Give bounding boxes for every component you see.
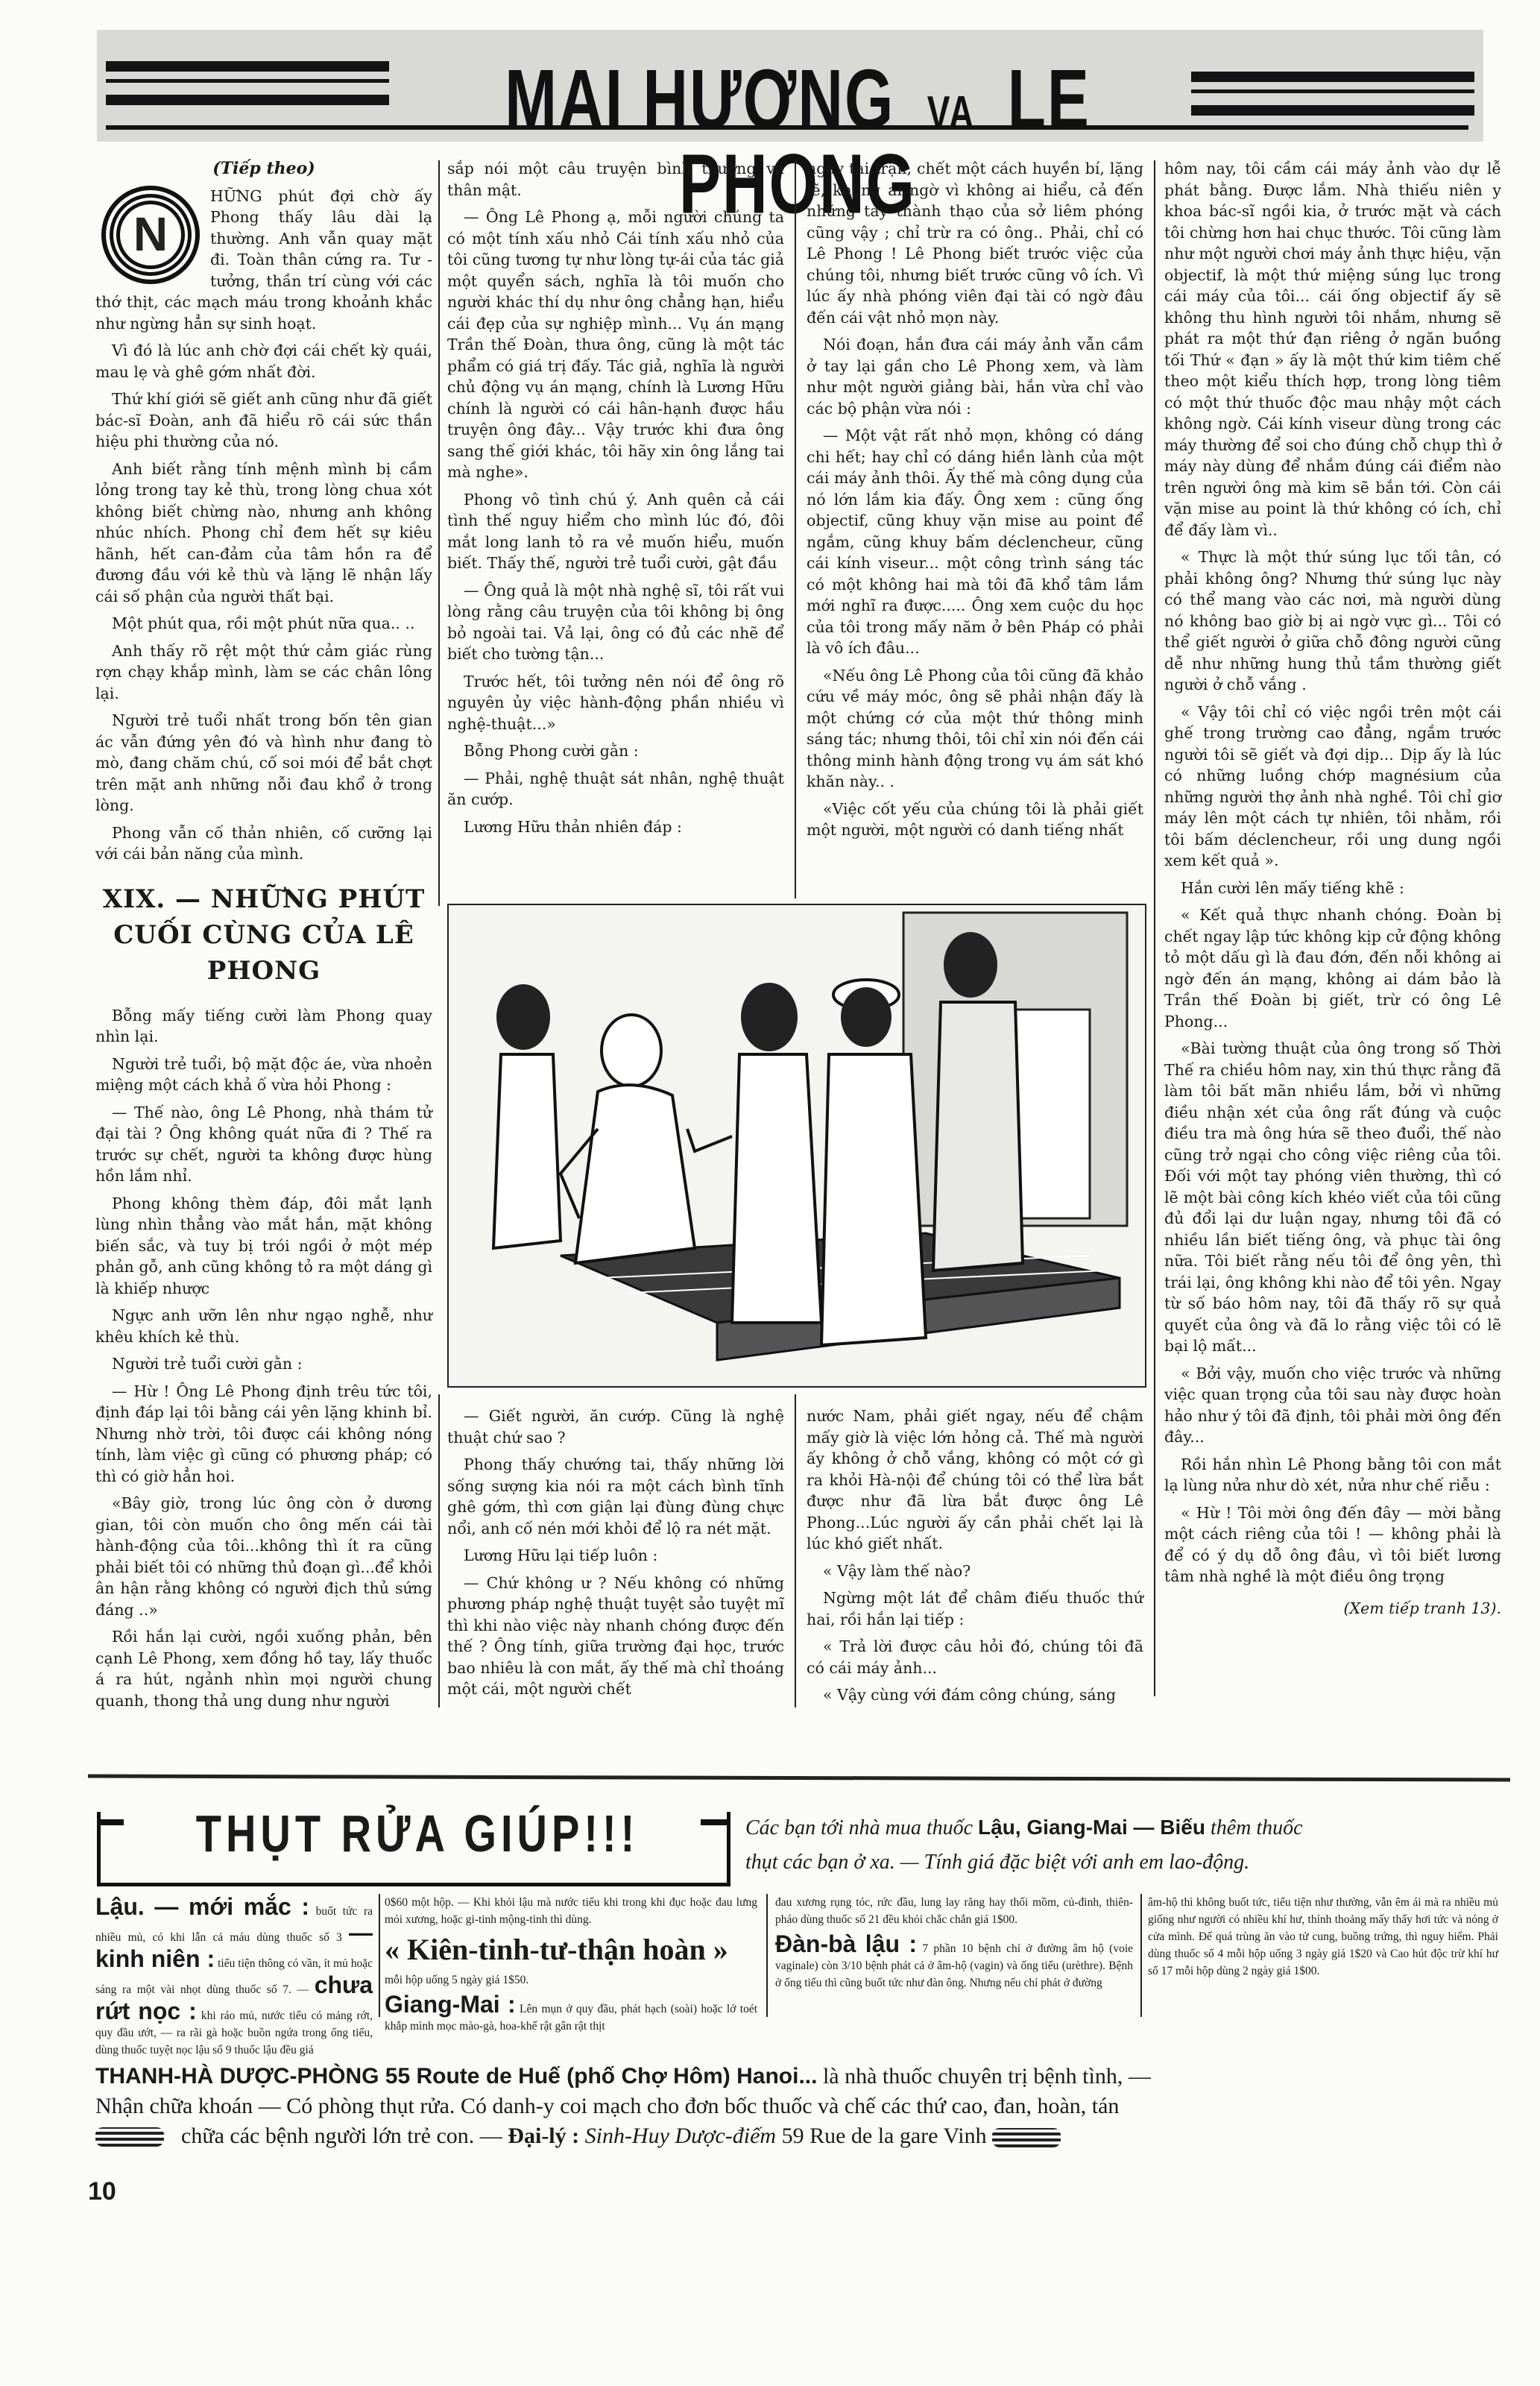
ad-heading-lau: Lậu. — mới mắc : [95,1893,309,1920]
paragraph: — Hừ ! Ông Lê Phong định trêu tức tôi, đ… [95,1381,432,1488]
pharmacy-name-address: THANH-HÀ DƯỢC-PHÒNG 55 Route de Huế (phố… [95,2064,817,2088]
paragraph: Ngực anh ưỡn lên như ngạo nghễ, như khêu… [95,1305,432,1347]
paragraph: Thứ khí giới sẽ giết anh cũng như đã giế… [95,388,432,453]
ad-text: âm-hộ thì không buốt tức, tiểu tiện như … [1148,1894,1498,1980]
paragraph: «Bây giờ, trong lúc ông còn ở dương gian… [95,1493,432,1620]
paragraph: — Phải, nghệ thuật sát nhân, nghệ thuật … [447,768,784,810]
paragraph: «Nếu ông Lê Phong của tôi cũng đã khảo c… [807,665,1143,793]
paragraph: — Ông quả là một nhà nghệ sĩ, tôi rất vu… [447,580,784,665]
agent-label: Đại-lý : [508,2124,579,2148]
chapter-heading: XIX. — NHỮNG PHÚT CUỐI CÙNG CỦA LÊ PHONG [95,881,432,989]
paragraph: Anh thấy rõ rệt một thứ cảm giác rùng rợ… [95,640,432,705]
story-illustration [447,904,1146,1388]
masthead-bars-left [106,61,389,113]
ad-column-divider [1140,1894,1142,2017]
ad-headline: THỤT RỬA GIÚP!!! [127,1807,708,1860]
column-divider [1154,160,1155,1696]
tagline-bold: Lậu, Giang-Mai — Biếu [978,1816,1205,1839]
ad-text: là nhà thuốc chuyên trị bệnh tình, — [817,2064,1150,2088]
article-column-2-lower: — Giết người, ăn cướp. Cũng là nghệ thuậ… [447,1406,784,1706]
section-divider [88,1775,1510,1782]
paragraph: Lương Hữu lại tiếp luôn : [447,1545,784,1567]
paragraph: « Trả lời được câu hỏi đó, chúng tôi đã … [807,1636,1143,1678]
ad-footer: THANH-HÀ DƯỢC-PHÒNG 55 Route de Huế (phố… [95,2062,1497,2151]
ad-tagline-line2: thụt các bạn ở xa. — Tính giá đặc biệt v… [745,1845,1491,1880]
paragraph: — Ông Lê Phong ạ, mỗi người chúng ta có … [447,207,784,483]
article-column-2: sắp nói một câu truyện bình thường và th… [447,158,784,843]
wave-ornament-icon [992,2128,1061,2147]
chapter-heading-line2: CUỐI CÙNG CỦA LÊ PHONG [95,917,432,989]
agent-address: 59 Rue de la gare Vinh [776,2124,987,2148]
ad-text: chữa các bệnh người lớn trẻ con. — [181,2124,508,2148]
paragraph: Bỗng mấy tiếng cười làm Phong quay nhìn … [95,1005,432,1048]
paragraph: ngay tại trận, chết một cách huyền bí, l… [807,158,1143,328]
paragraph: « Vậy tôi chỉ có việc ngồi trên một cái … [1164,702,1501,872]
column-divider [795,1394,796,1707]
paragraph: Rồi hắn nhìn Lê Phong bằng tôi con mắt l… [1164,1454,1501,1496]
ad-tagline-line1: Các bạn tới nhà mua thuốc Lậu, Giang-Mai… [745,1810,1491,1845]
paragraph: Nói đoạn, hắn đưa cái máy ảnh vẫn cầm ở … [807,334,1143,419]
article-column-3: ngay tại trận, chết một cách huyền bí, l… [807,158,1143,847]
chapter-heading-line1: XIX. — NHỮNG PHÚT [95,881,432,917]
paragraph: Người trẻ tuổi cười gằn : [95,1353,432,1375]
paragraph: « Vậy làm thế nào? [807,1561,1143,1582]
paragraph: — Giết người, ăn cướp. Cũng là nghệ thuậ… [447,1406,784,1448]
paragraph: — Thế nào, ông Lê Phong, nhà thám tử đại… [95,1102,432,1187]
tagline-text: thêm thuốc [1205,1816,1303,1839]
ad-product-name: « Kiên-tinh-tư-thận hoàn » [385,1933,757,1967]
paragraph: hôm nay, tôi cầm cái máy ảnh vào dự lễ p… [1164,158,1501,541]
ad-footer-line3: chữa các bệnh người lớn trẻ con. — Đại-l… [95,2121,1497,2151]
article-column-4: hôm nay, tôi cầm cái máy ảnh vào dự lễ p… [1164,158,1501,1625]
paragraph: « Hừ ! Tôi mời ông đến đây — mời bằng mộ… [1164,1502,1501,1587]
paragraph: Vì đó là lúc anh chờ đợi cái chết kỳ quá… [95,340,432,383]
paragraph: Bỗng Phong cười gằn : [447,740,784,762]
wave-ornament-icon [95,2127,164,2147]
paragraph: Phong vẫn cố thản nhiên, cố cưỡng lại vớ… [95,822,432,865]
paragraph: Hắn cười lên mấy tiếng khẽ : [1164,878,1501,899]
paragraph: Người trẻ tuổi, bộ mặt độc áe, vừa nhoẻn… [95,1054,432,1096]
ad-price: mỗi hộp uống 5 ngày giá 1$50. [385,1971,757,1989]
paragraph: Phong thấy chướng tai, thấy những lời số… [447,1454,784,1539]
agent-name: Sinh-Huy Dược-điếm [579,2124,776,2148]
paragraph: — Một vật rất nhỏ mọn, không có dáng chi… [807,425,1143,659]
ad-column-2: 0$60 một hộp. — Khi khỏi lậu mà nước tiể… [385,1894,757,2038]
ad-column-4: âm-hộ thì không buốt tức, tiểu tiện như … [1148,1894,1498,1983]
continued-label: (Tiếp theo) [95,158,432,180]
ad-footer-line1: THANH-HÀ DƯỢC-PHÒNG 55 Route de Huế (phố… [95,2062,1497,2091]
paragraph: — Chứ không ư ? Nếu không có những phươn… [447,1573,784,1700]
newspaper-page: MAI HƯƠNG VA LE PHONG (Tiếp theo) N HỮNG… [0,0,1540,2386]
continued-on-page-note: (Xem tiếp tranh 13). [1164,1598,1501,1619]
paragraph: « Vậy cùng với đám công chúng, sáng [807,1684,1143,1706]
paragraph: « Thực là một thứ súng lục tối tân, có p… [1164,547,1501,696]
ad-heading-giang-mai: Giang-Mai : [385,1991,516,2018]
paragraph: « Bởi vậy, muốn cho việc trước và những … [1164,1363,1501,1448]
ad-column-divider [379,1894,380,2017]
column-divider [795,160,796,898]
ad-footer-line2: Nhận chữa khoán — Có phòng thụt rửa. Có … [95,2091,1497,2121]
paragraph: sắp nói một câu truyện bình thường và th… [447,158,784,201]
ad-heading-dan-ba-lau: Đàn-bà lậu : [775,1930,917,1957]
illustration-drawing [449,905,1145,1386]
paragraph: «Việc cốt yếu của chúng tôi là phải giết… [807,799,1143,841]
ad-text: 0$60 một hộp. — Khi khỏi lậu mà nước tiể… [385,1894,757,1928]
ad-column-3: đau xương rụng tóc, rức đầu, lung lay ră… [775,1894,1133,1995]
paragraph: Một phút qua, rồi một phút nữa qua.. .. [95,613,432,635]
article-column-1: (Tiếp theo) N HỮNG phút đợi chờ ấy Phong… [95,158,432,1717]
masthead: MAI HƯƠNG VA LE PHONG [97,30,1483,142]
ad-column-divider [766,1894,768,2017]
title-part1: MAI HƯƠNG [505,51,894,146]
paragraph: Phong không thèm đáp, đôi mắt lạnh lùng … [95,1193,432,1300]
ad-text: đau xương rụng tóc, rức đầu, lung lay ră… [775,1894,1133,1928]
masthead-rule [106,125,1468,130]
ad-column-1: Lậu. — mới mắc : buốt tức ra nhiều mủ, c… [95,1894,373,2062]
paragraph: Phong vô tình chú ý. Anh quên cả cái tìn… [447,489,784,574]
paragraph: Rồi hắn lại cười, ngồi xuống phản, bên c… [95,1626,432,1711]
ad-tagline: Các bạn tới nhà mua thuốc Lậu, Giang-Mai… [745,1810,1491,1880]
paragraph: Người trẻ tuổi nhất trong bốn tên gian á… [95,710,432,816]
column-divider [438,1394,440,1707]
paragraph: nước Nam, phải giết ngay, nếu để chậm mấ… [807,1406,1143,1555]
ad-headline-bar [97,1819,124,1825]
article-column-3-lower: nước Nam, phải giết ngay, nếu để chậm mấ… [807,1406,1143,1712]
tagline-text: Các bạn tới nhà mua thuốc [745,1816,978,1839]
paragraph: « Kết quả thực nhanh chóng. Đoàn bị chết… [1164,904,1501,1032]
column-divider [438,160,440,906]
paragraph: «Bài tường thuật của ông trong số Thời T… [1164,1038,1501,1357]
dropcap-ornament: N [101,186,200,284]
page-number: 10 [88,2177,116,2206]
masthead-bars-right [1191,72,1474,123]
paragraph: Trước hết, tôi tưởng nên nói để ông rõ n… [447,671,784,735]
paragraph: Lương Hữu thản nhiên đáp : [447,816,784,838]
title-conjunction: VA [927,86,976,138]
paragraph: Anh biết rằng tính mệnh mình bị cầm lỏng… [95,459,432,608]
paragraph: Ngừng một lát để châm điếu thuốc thứ hai… [807,1587,1143,1630]
